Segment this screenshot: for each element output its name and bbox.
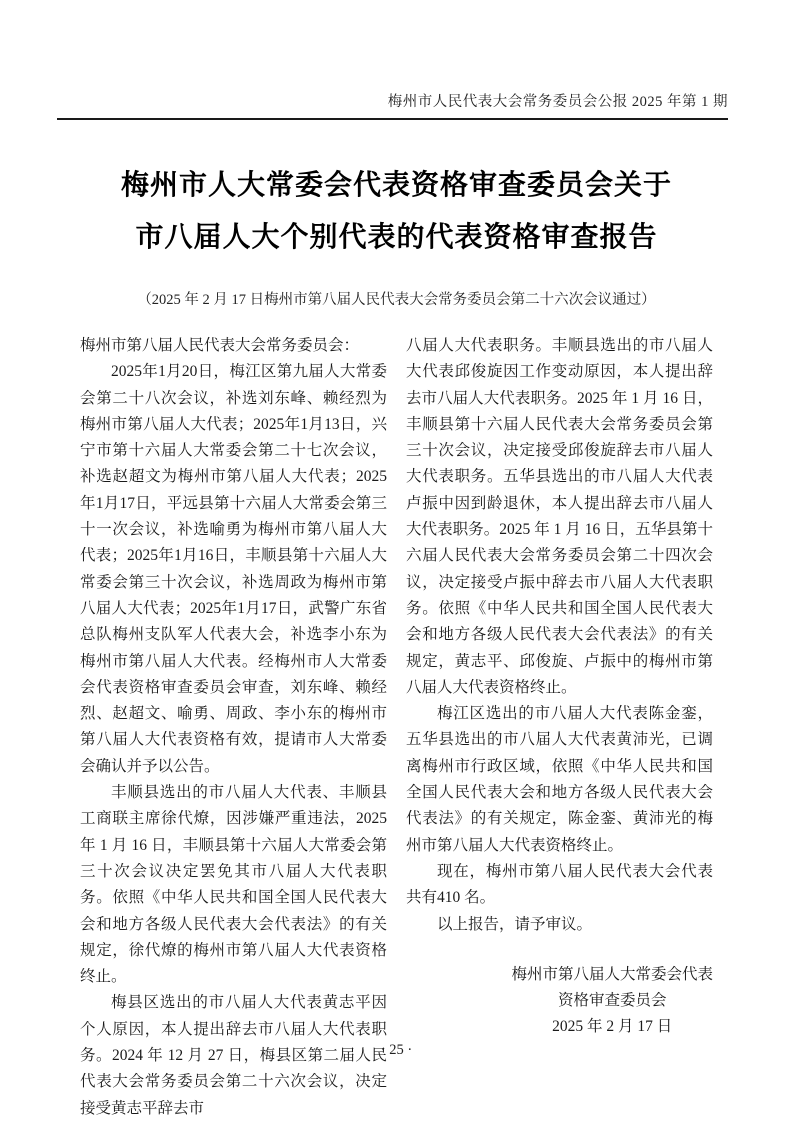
paragraph: 梅江区选出的市八届人大代表陈金銮，五华县选出的市八届人大代表黄沛光，已调离梅州市… xyxy=(406,701,713,859)
page-header: 梅州市人民代表大会常务委员会公报 2025 年第 1 期 xyxy=(57,90,728,120)
paragraph-continuation: 八届人大代表职务。丰顺县选出的市八届人大代表邱俊旋因工作变动原因，本人提出辞去市… xyxy=(406,333,713,701)
header-rule xyxy=(57,118,728,120)
page-number: · 25 · xyxy=(0,1042,793,1059)
signature-line-committee2: 资格审查委员会 xyxy=(511,988,713,1014)
right-column: 八届人大代表职务。丰顺县选出的市八届人大代表邱俊旋因工作变动原因，本人提出辞去市… xyxy=(406,333,713,1122)
header-journal-title: 梅州市人民代表大会常务委员会公报 2025 年第 1 期 xyxy=(57,90,728,111)
paragraph: 丰顺县选出的市八届人大代表、丰顺县工商联主席徐代燎，因涉嫌严重违法，2025 年… xyxy=(80,780,387,990)
doc-subtitle: （2025 年 2 月 17 日梅州市第八届人民代表大会常务委员会第二十六次会议… xyxy=(0,288,793,309)
signature-line-committee: 梅州市第八届人大常委会代表 xyxy=(511,962,713,988)
doc-title: 梅州市人大常委会代表资格审查委员会关于 市八届人大个别代表的代表资格审查报告 xyxy=(0,160,793,264)
doc-title-line1: 梅州市人大常委会代表资格审查委员会关于 xyxy=(0,160,793,212)
paragraph: 2025年1月20日，梅江区第九届人大常委会第二十八次会议，补选刘东峰、赖经烈为… xyxy=(80,359,387,780)
paragraph-salutation: 梅州市第八届人民代表大会常务委员会： xyxy=(80,333,387,359)
signature-date: 2025 年 2 月 17 日 xyxy=(511,1014,713,1040)
paragraph: 现在，梅州市第八届人民代表大会代表共有410 名。 xyxy=(406,859,713,912)
body-columns: 梅州市第八届人民代表大会常务委员会： 2025年1月20日，梅江区第九届人大常委… xyxy=(80,333,713,1122)
signature-block: 梅州市第八届人大常委会代表 资格审查委员会 2025 年 2 月 17 日 xyxy=(406,962,713,1041)
doc-title-line2: 市八届人大个别代表的代表资格审查报告 xyxy=(0,212,793,264)
bulletin-page: 梅州市人民代表大会常务委员会公报 2025 年第 1 期 梅州市人大常委会代表资… xyxy=(0,0,793,1122)
left-column: 梅州市第八届人民代表大会常务委员会： 2025年1月20日，梅江区第九届人大常委… xyxy=(80,333,387,1122)
paragraph: 以上报告，请予审议。 xyxy=(406,912,713,938)
